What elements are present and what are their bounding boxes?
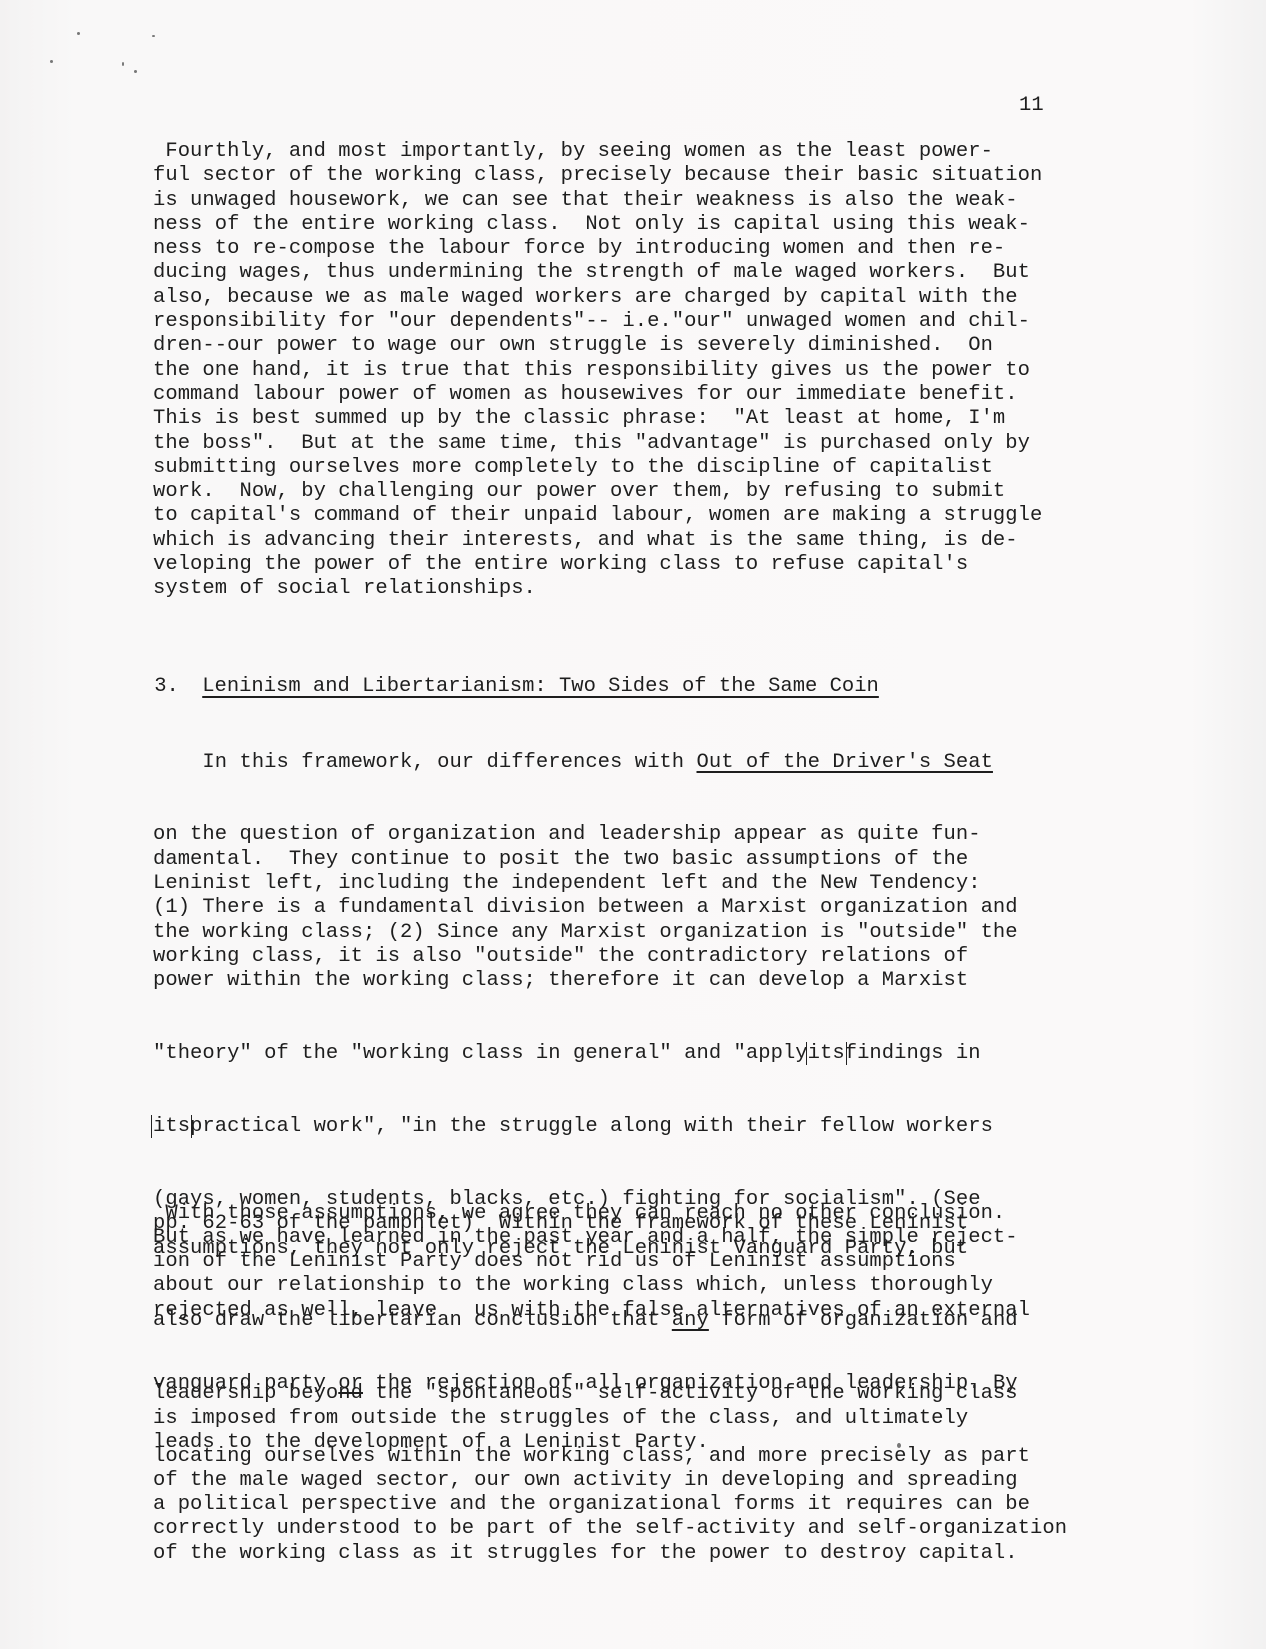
text-line: ness of the entire working class. Not on… [153,213,1042,237]
text-line: of the working class as it struggles for… [153,1542,1067,1566]
text-line: itspractical work", "in the struggle alo… [153,1115,1018,1139]
text-line: damental. They continue to posit the two… [153,848,1018,872]
document-page: 11 Fourthly, and most importantly, by se… [0,0,1266,1649]
text-line: ducing wages, thus undermining the stren… [153,261,1042,285]
text-line: ion of the Leninist Party does not rid u… [153,1250,1067,1274]
paper-speck [152,35,155,37]
text-line: locating ourselves within the working cl… [153,1445,1067,1469]
text-line: work. Now, by challenging our power over… [153,480,1042,504]
text-line: ness to re-compose the labour force by i… [153,237,1042,261]
text-line: a political perspective and the organiza… [153,1493,1067,1517]
text-line: In this framework, our differences with … [153,751,1018,775]
text-line: also, because we as male waged workers a… [153,286,1042,310]
text-line: about our relationship to the working cl… [153,1274,1067,1298]
bracketed-word: its [806,1042,847,1065]
text-line: This is best summed up by the classic ph… [153,407,1042,431]
bracketed-word: its [151,1115,192,1138]
paper-speck [50,60,53,63]
section-number: 3. [154,675,202,699]
text-line: veloping the power of the entire working… [153,553,1042,577]
page-number: 11 [1019,94,1044,118]
paragraph-fourthly: Fourthly, and most importantly, by seein… [153,140,1042,602]
text-line: With those assumptions, we agree they ca… [153,1202,1067,1226]
text-line: correctly understood to be part of the s… [153,1517,1067,1541]
text-line: the one hand, it is true that this respo… [153,359,1042,383]
text-line: (1) There is a fundamental division betw… [153,896,1018,920]
text-line: vanguard party or the rejection of all o… [153,1372,1067,1396]
text-line: of the male waged sector, our own activi… [153,1469,1067,1493]
text-line: Fourthly, and most importantly, by seein… [153,140,1042,164]
paragraph-assumptions: With those assumptions, we agree they ca… [153,1153,1067,1615]
text-line: to capital's command of their unpaid lab… [153,504,1042,528]
text-line: Leninist left, including the independent… [153,872,1018,896]
section-title: Leninism and Libertarianism: Two Sides o… [202,675,879,698]
text-line: submitting ourselves more completely to … [153,456,1042,480]
text-line: which is advancing their interests, and … [153,529,1042,553]
text-line: working class, it is also "outside" the … [153,945,1018,969]
pamphlet-title-underlined: Out of the Driver's Seat [697,751,993,774]
paper-speck [122,62,124,66]
text-line: the boss". But at the same time, this "a… [153,432,1042,456]
text-line: "theory" of the "working class in genera… [153,1042,1018,1066]
paper-speck [134,70,137,73]
text-line: rejected as well, leave us with the fals… [153,1299,1067,1323]
text-line: dren--our power to wage our own struggle… [153,334,1042,358]
text-line: command labour power of women as housewi… [153,383,1042,407]
text-line: But as we have learned in the past year … [153,1226,1067,1250]
emphasis-or: or [338,1372,363,1395]
text-line: power within the working class; therefor… [153,969,1018,993]
paper-speck [77,32,80,35]
text-line: system of social relationships. [153,577,1042,601]
text-line: on the question of organization and lead… [153,823,1018,847]
text-line: responsibility for "our dependents"-- i.… [153,310,1042,334]
text-line: the working class; (2) Since any Marxist… [153,921,1018,945]
text-line: is unwaged housework, we can see that th… [153,189,1042,213]
text-line: ful sector of the working class, precise… [153,164,1042,188]
